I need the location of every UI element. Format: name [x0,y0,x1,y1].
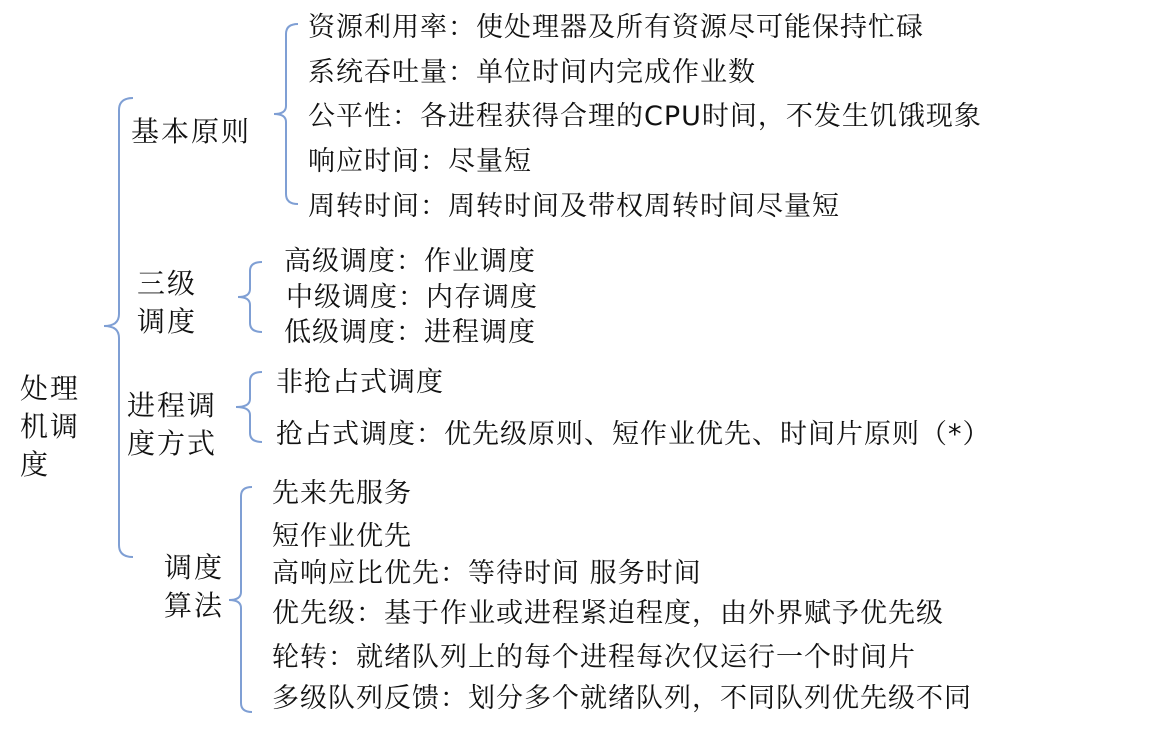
algorithms-bracket [229,487,252,712]
branch-label-line2: 度方式 [127,425,217,463]
algorithm-item: 先来先服务 [272,478,412,510]
scheduling-mode-bracket [236,372,262,442]
root-label-line3: 度 [20,446,50,484]
algorithm-item: 优先级：基于作业或进程紧迫程度，由外界赋予优先级 [272,598,944,630]
principle-item: 响应时间：尽量短 [308,146,532,178]
scheduling-mode-item: 抢占式调度：优先级原则、短作业优先、时间片原则（*） [276,419,991,451]
algorithm-item: 短作业优先 [272,521,412,553]
three-level-item: 高级调度：作业调度 [284,246,536,278]
branch-label: 基本原则 [131,113,251,151]
three-level-item: 低级调度：进程调度 [284,317,536,349]
principle-item: 资源利用率：使处理器及所有资源尽可能保持忙碌 [308,12,924,44]
algorithm-item: 高响应比优先：等待时间 服务时间 [272,558,702,590]
branch-label-line1: 调度 [164,549,224,587]
branch-label-line2: 算法 [164,587,224,625]
principle-item: 系统吞吐量：单位时间内完成作业数 [308,57,756,89]
three-level-item: 中级调度：内存调度 [286,282,538,314]
root-label-line2: 机调 [20,408,80,446]
principle-item: 公平性：各进程获得合理的CPU时间，不发生饥饿现象 [308,101,982,133]
scheduling-mode-item: 非抢占式调度 [276,367,444,399]
branch-label-line1: 进程调 [127,387,217,425]
three-level-bracket [238,262,262,332]
principle-item: 周转时间：周转时间及带权周转时间尽量短 [308,191,840,223]
algorithm-item: 轮转：就绪队列上的每个进程每次仅运行一个时间片 [272,642,916,674]
root-bracket [104,98,133,557]
branch-label-line2: 调度 [137,303,197,341]
principles-bracket [274,24,298,204]
root-label-line1: 处理 [20,370,80,408]
branch-label-line1: 三级 [137,265,197,303]
algorithm-item: 多级队列反馈：划分多个就绪队列，不同队列优先级不同 [272,683,972,715]
